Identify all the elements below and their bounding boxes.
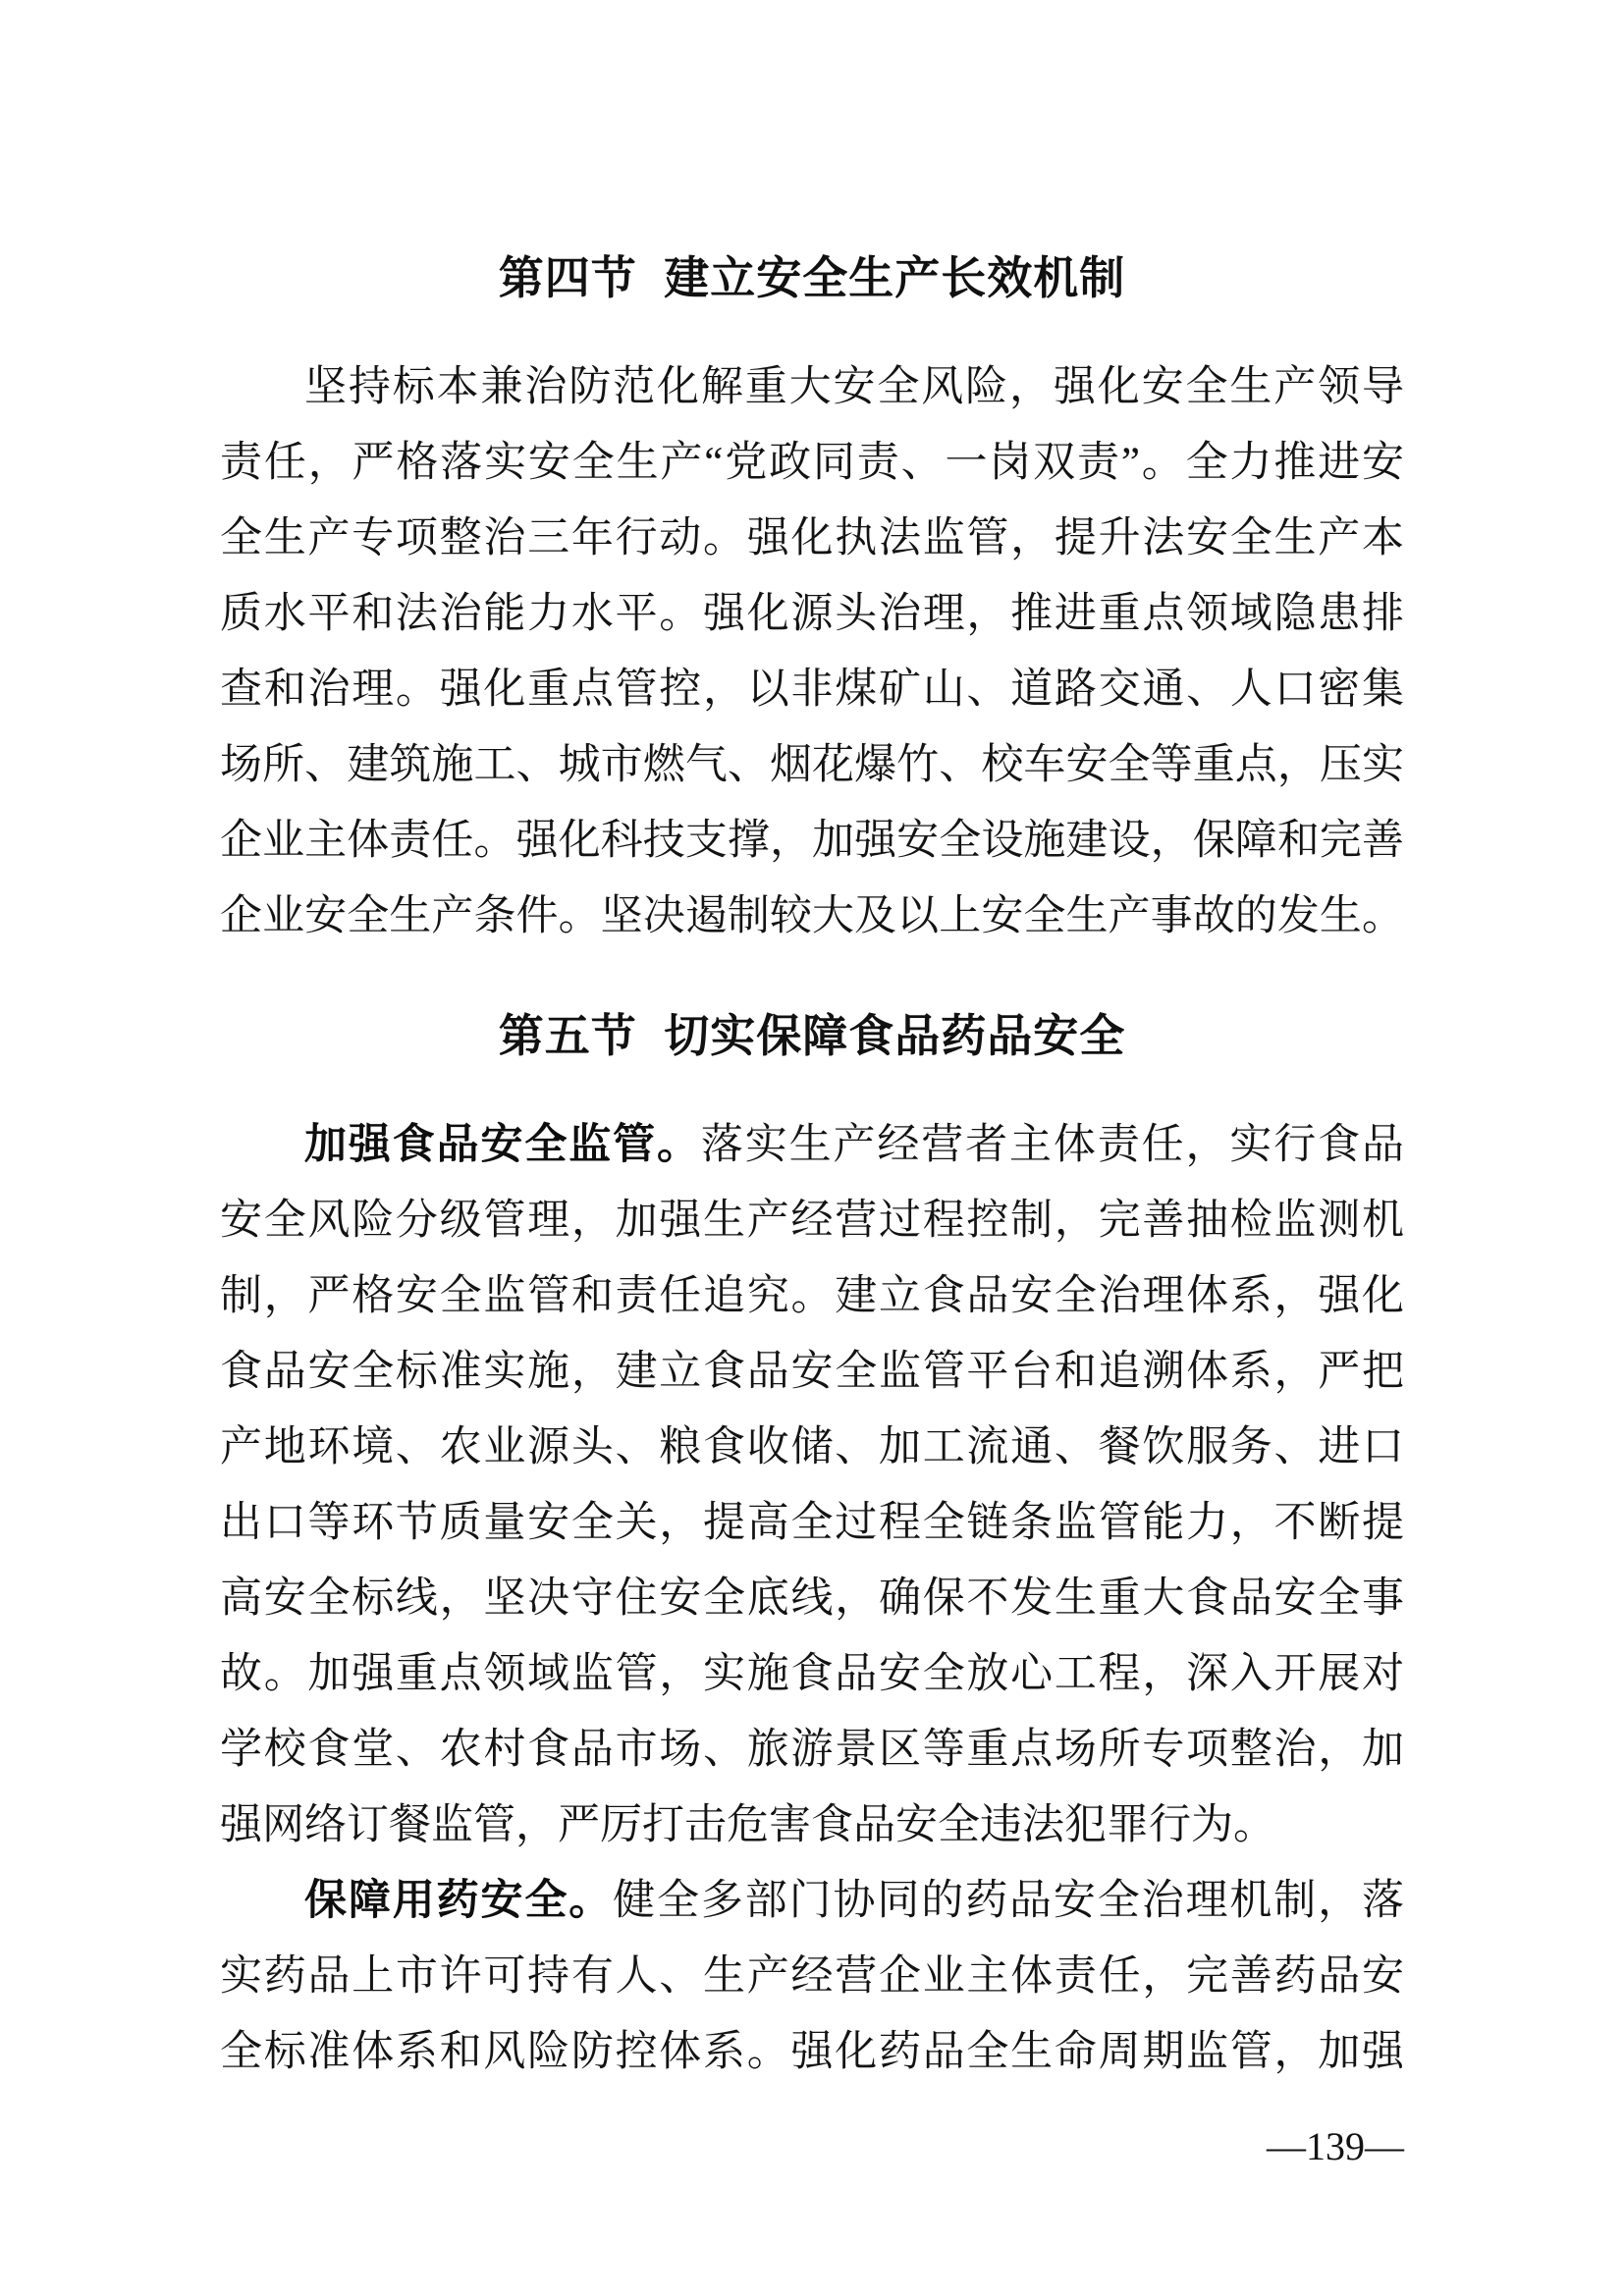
body-text: 出口等环节质量安全关，提高全过程全链条监管能力，不断提 [220,1500,1404,1546]
page-content: 第四节 建立安全生产长效机制坚持标本兼治防范化解重大安全风险，强化安全生产领导责… [220,0,1404,2168]
body-text: 制，严格安全监管和责任追究。建立食品安全治理体系，强化 [220,1273,1404,1319]
text-line: 加强食品安全监管。落实生产经营者主体责任，实行食品 [220,1107,1404,1183]
text-line: 全标准体系和风险防控体系。强化药品全生命周期监管，加强 [220,2014,1404,2090]
body-text: 场所、建筑施工、城市燃气、烟花爆竹、校车安全等重点，压实 [220,742,1404,788]
text-line: 保障用药安全。健全多部门协同的药品安全治理机制，落 [220,1863,1404,1939]
body-text: 食品安全标准实施，建立食品安全监管平台和追溯体系，严把 [220,1349,1404,1395]
text-line: 全生产专项整治三年行动。强化执法监管，提升法安全生产本 [220,501,1404,576]
body-text: 高安全标线，坚决守住安全底线，确保不发生重大食品安全事 [220,1575,1404,1622]
body-text: 实药品上市许可持有人、生产经营企业主体责任，完善药品安 [220,1953,1404,2000]
body-text: 落实生产经营者主体责任，实行食品 [701,1122,1404,1168]
body-text: 企业主体责任。强化科技支撑，加强安全设施建设，保障和完善 [220,818,1404,864]
body-text: 故。加强重点领域监管，实施食品安全放心工程，深入开展对 [220,1651,1404,1697]
body-text: 全生产专项整治三年行动。强化执法监管，提升法安全生产本 [220,515,1404,561]
body-text: 健全多部门协同的药品安全治理机制，落 [613,1878,1404,1924]
text-line: 企业主体责任。强化科技支撑，加强安全设施建设，保障和完善 [220,803,1404,879]
document-page: 第四节 建立安全生产长效机制坚持标本兼治防范化解重大安全风险，强化安全生产领导责… [0,0,1624,2296]
page-number: —139— [220,2125,1404,2168]
body-text: 查和治理。强化重点管控，以非煤矿山、道路交通、人口密集 [220,667,1404,713]
sections-container: 第四节 建立安全生产长效机制坚持标本兼治防范化解重大安全风险，强化安全生产领导责… [220,239,1404,2090]
paragraph: 坚持标本兼治防范化解重大安全风险，强化安全生产领导责任，严格落实安全生产“党政同… [220,349,1404,954]
text-line: 坚持标本兼治防范化解重大安全风险，强化安全生产领导 [220,349,1404,425]
text-line: 制，严格安全监管和责任追究。建立食品安全治理体系，强化 [220,1258,1404,1334]
section-heading: 第四节 建立安全生产长效机制 [220,239,1404,317]
text-line: 出口等环节质量安全关，提高全过程全链条监管能力，不断提 [220,1485,1404,1561]
text-line: 实药品上市许可持有人、生产经营企业主体责任，完善药品安 [220,1939,1404,2014]
paragraph: 保障用药安全。健全多部门协同的药品安全治理机制，落实药品上市许可持有人、生产经营… [220,1863,1404,2090]
text-line: 高安全标线，坚决守住安全底线，确保不发生重大食品安全事 [220,1561,1404,1636]
body-text: 产地环境、农业源头、粮食收储、加工流通、餐饮服务、进口 [220,1424,1404,1470]
body-text: 学校食堂、农村食品市场、旅游景区等重点场所专项整治，加 [220,1727,1404,1773]
body-text: 质水平和法治能力水平。强化源头治理，推进重点领域隐患排 [220,591,1404,637]
body-text: 全标准体系和风险防控体系。强化药品全生命周期监管，加强 [220,2029,1404,2075]
body-text: 强网络订餐监管，严厉打击危害食品安全违法犯罪行为。 [220,1802,1275,1848]
text-line: 安全风险分级管理，加强生产经营过程控制，完善抽检监测机 [220,1183,1404,1258]
text-line: 责任，严格落实安全生产“党政同责、一岗双责”。全力推进安 [220,425,1404,501]
text-line: 故。加强重点领域监管，实施食品安全放心工程，深入开展对 [220,1636,1404,1712]
body-text: 坚持标本兼治防范化解重大安全风险，强化安全生产领导 [304,364,1404,410]
text-line: 企业安全生产条件。坚决遏制较大及以上安全生产事故的发生。 [220,879,1404,954]
text-line: 产地环境、农业源头、粮食收储、加工流通、餐饮服务、进口 [220,1410,1404,1485]
body-text: 企业安全生产条件。坚决遏制较大及以上安全生产事故的发生。 [220,893,1404,939]
text-line: 查和治理。强化重点管控，以非煤矿山、道路交通、人口密集 [220,652,1404,727]
body-text: 责任，严格落实安全生产“党政同责、一岗双责”。全力推进安 [220,440,1404,486]
paragraph: 加强食品安全监管。落实生产经营者主体责任，实行食品安全风险分级管理，加强生产经营… [220,1107,1404,1863]
text-line: 质水平和法治能力水平。强化源头治理，推进重点领域隐患排 [220,576,1404,652]
section-heading: 第五节 切实保障食品药品安全 [220,996,1404,1075]
text-line: 学校食堂、农村食品市场、旅游景区等重点场所专项整治，加 [220,1712,1404,1788]
bold-lead-text: 加强食品安全监管。 [304,1121,701,1168]
text-line: 食品安全标准实施，建立食品安全监管平台和追溯体系，严把 [220,1334,1404,1410]
bold-lead-text: 保障用药安全。 [304,1877,613,1924]
text-line: 强网络订餐监管，严厉打击危害食品安全违法犯罪行为。 [220,1788,1404,1863]
text-line: 场所、建筑施工、城市燃气、烟花爆竹、校车安全等重点，压实 [220,727,1404,803]
body-text: 安全风险分级管理，加强生产经营过程控制，完善抽检监测机 [220,1198,1404,1244]
